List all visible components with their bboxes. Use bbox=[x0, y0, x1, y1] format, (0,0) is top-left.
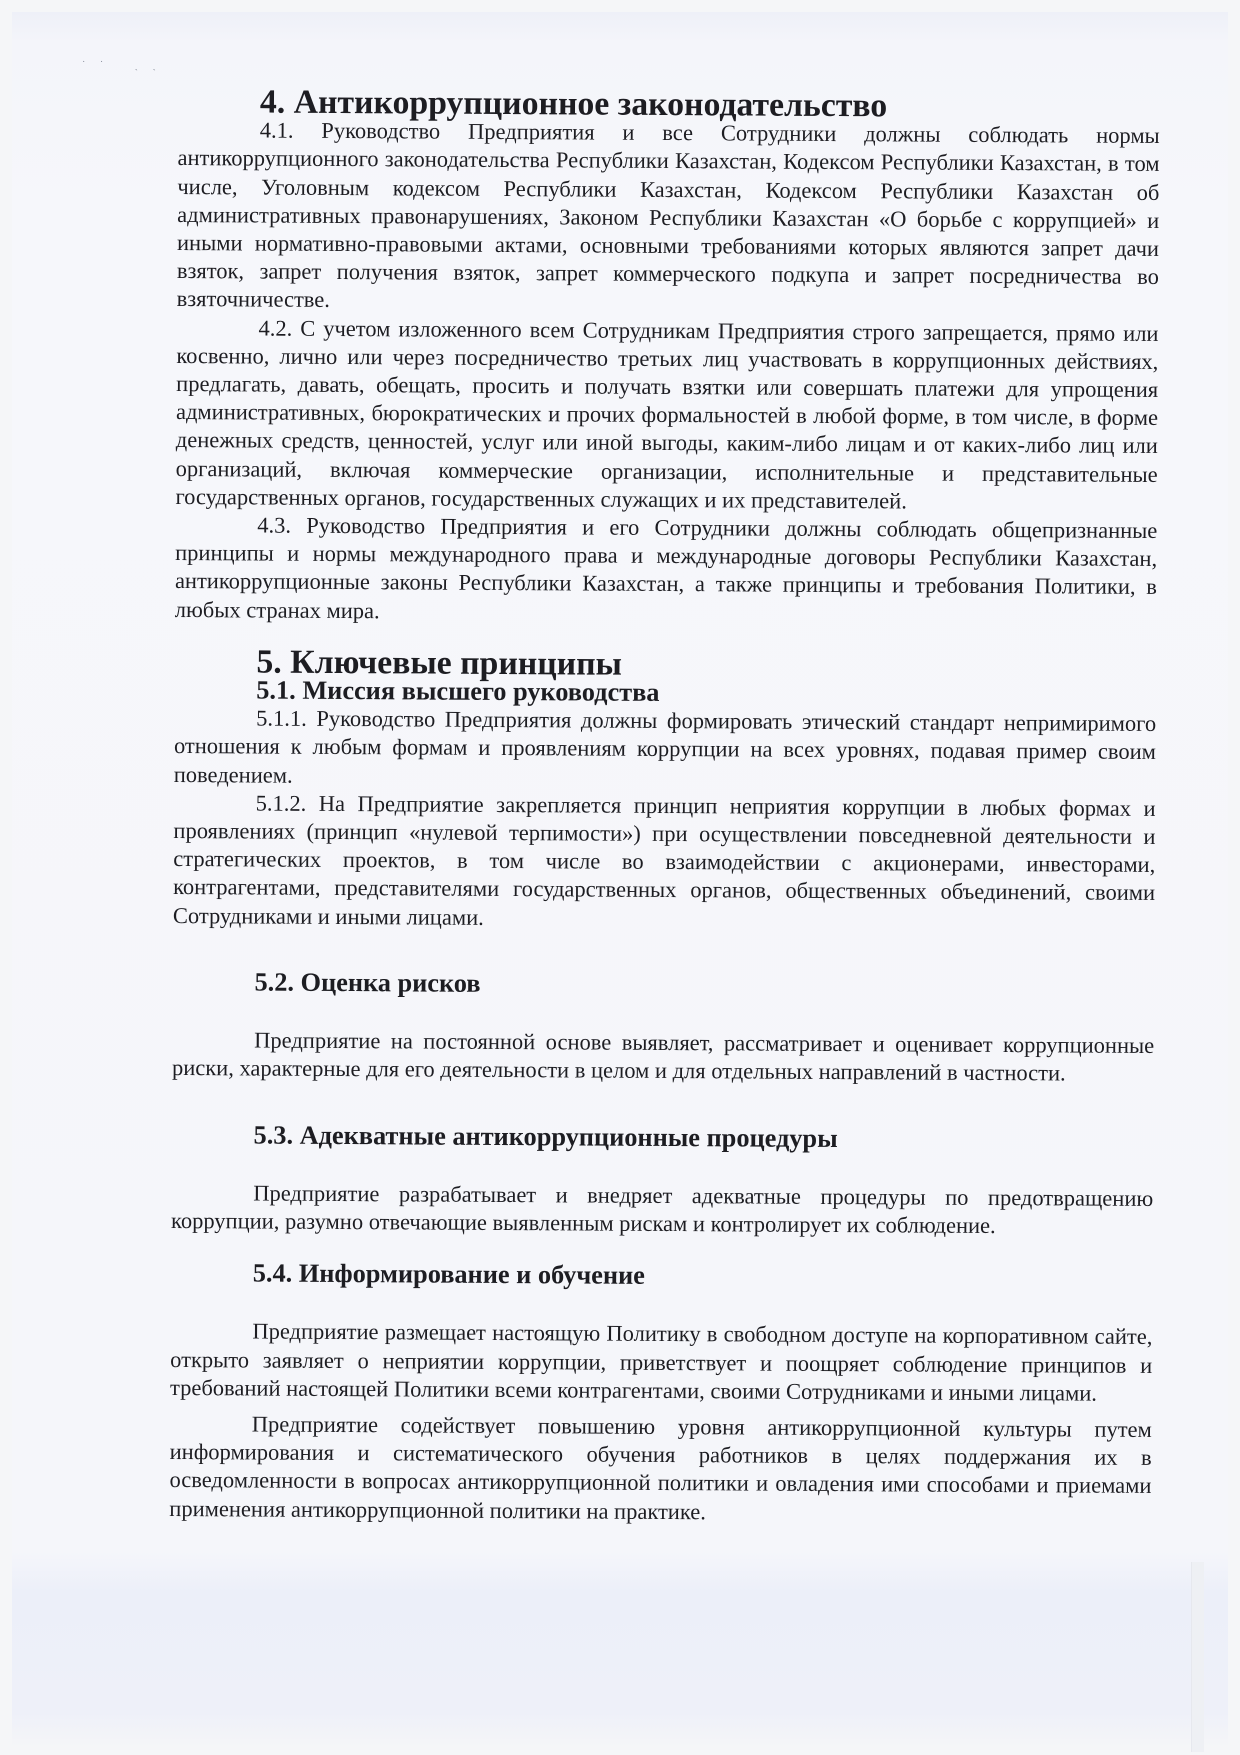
paragraph-4-2: 4.2. С учетом изложенного всем Сотрудник… bbox=[175, 314, 1158, 517]
section-5-3-heading: 5.3. Адекватные антикоррупционные процед… bbox=[172, 1120, 1154, 1154]
paragraph-4-3: 4.3. Руководство Предприятия и его Сотру… bbox=[175, 511, 1158, 630]
paragraph-4-1: 4.1. Руководство Предприятия и все Сотру… bbox=[177, 116, 1160, 319]
paragraph-5-4-1: Предприятие размещает настоящую Политику… bbox=[170, 1317, 1152, 1408]
paragraph-5-1-1: 5.1.1. Руководство Предприятия должны фо… bbox=[174, 704, 1156, 795]
page-edge-shadow bbox=[1191, 1562, 1204, 1752]
document-body: 4. Антикоррупционное законодательство 4.… bbox=[169, 88, 1160, 1529]
spacer bbox=[172, 1082, 1154, 1126]
paragraph-5-1-2: 5.1.2. На Предприятие закрепляется принц… bbox=[173, 789, 1156, 936]
paragraph-5-4-2: Предприятие содействует повышению уровня… bbox=[169, 1410, 1152, 1529]
scan-artifacts: ˙ ˙ ˎ ˏ bbox=[82, 60, 162, 71]
paragraph-5-3: Предприятие разрабатывает и внедряет аде… bbox=[171, 1179, 1153, 1241]
paragraph-5-2: Предприятие на постоянной основе выявляе… bbox=[172, 1026, 1154, 1088]
